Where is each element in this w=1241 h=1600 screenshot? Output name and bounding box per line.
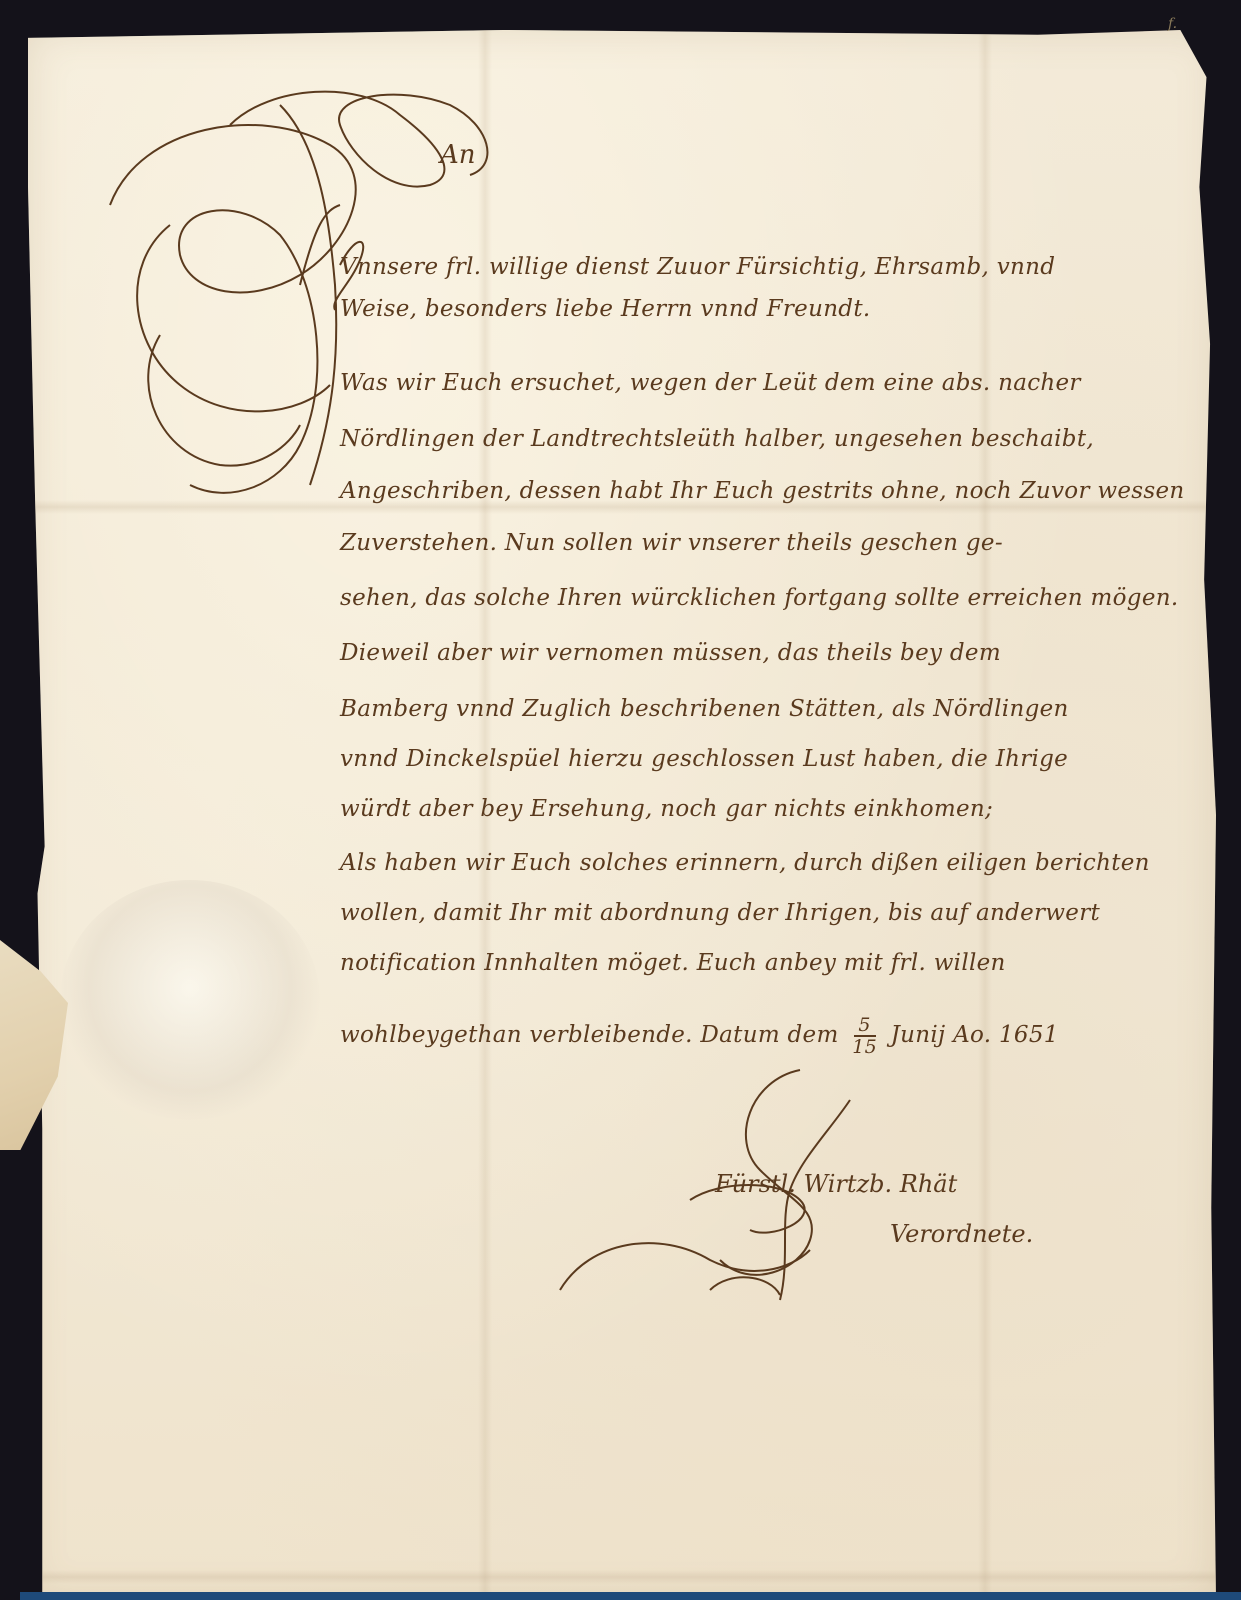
- closing-date-line: wohlbeygethan verbleibende. Datum dem 5 …: [340, 1015, 1059, 1057]
- body-line: sehen, das solche Ihren würcklichen fort…: [340, 585, 1178, 611]
- date-new-style-day: 15: [852, 1037, 877, 1057]
- body-line: Weise, besonders liebe Herrn vnnd Freund…: [340, 296, 870, 322]
- closing-formula: wohlbeygethan verbleibende. Datum dem: [340, 1022, 839, 1048]
- date-year-prefix: Ao.: [953, 1022, 991, 1048]
- scanner-bed-edge: [20, 1592, 1241, 1600]
- signature-line-1: Fürstl. Wirtzb. Rhät: [715, 1170, 957, 1198]
- body-line: Nördlingen der Landtrechtsleüth halber, …: [340, 426, 1094, 452]
- signature-line-2: Verordnete.: [890, 1220, 1033, 1248]
- address-word: An: [440, 140, 476, 170]
- body-line: Was wir Euch ersuchet, wegen der Leüt de…: [340, 370, 1081, 396]
- date-year: 1651: [999, 1022, 1059, 1048]
- body-line: Vnnsere frl. willige dienst Zuuor Fürsic…: [340, 254, 1055, 280]
- date-day-fraction: 5 15: [852, 1015, 877, 1057]
- body-line: Bamberg vnnd Zuglich beschribenen Stätte…: [340, 696, 1069, 722]
- body-line: Als haben wir Euch solches erinnern, dur…: [340, 850, 1150, 876]
- wax-seal-impression: [60, 880, 320, 1120]
- body-line: würdt aber bey Ersehung, noch gar nichts…: [340, 796, 993, 822]
- document-scan: f. An Vnnsere frl. willige dienst Zuuor …: [0, 0, 1241, 1600]
- date-old-style-day: 5: [858, 1015, 870, 1035]
- body-line: wollen, damit Ihr mit abordnung der Ihri…: [340, 900, 1100, 926]
- fold-line-horizontal: [28, 1570, 1216, 1584]
- signature-block: Fürstl. Wirtzb. Rhät Verordnete.: [550, 1060, 1150, 1320]
- date-month: Junij: [891, 1022, 946, 1048]
- body-line: notification Innhalten möget. Euch anbey…: [340, 950, 1006, 976]
- corner-folio-mark: f.: [1168, 16, 1177, 32]
- body-line: Angeschriben, dessen habt Ihr Euch gestr…: [340, 478, 1185, 504]
- body-line: vnnd Dinckelspüel hierzu geschlossen Lus…: [340, 746, 1068, 772]
- body-line: Zuverstehen. Nun sollen wir vnserer thei…: [340, 530, 1003, 556]
- body-line: Dieweil aber wir vernomen müssen, das th…: [340, 640, 1001, 666]
